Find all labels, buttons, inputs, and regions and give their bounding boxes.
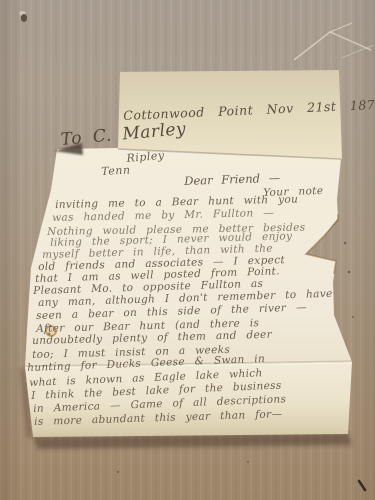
recipient-state: Tenn: [101, 163, 131, 178]
photo-letter-on-cardboard: Cottonwood Point Nov 21st 1872 To C. Mar…: [0, 0, 375, 500]
recipient-city: Ripley: [126, 149, 165, 165]
handwriting-layer: Cottonwood Point Nov 21st 1872 To C. Mar…: [0, 0, 375, 500]
salutation: Dear Friend —: [184, 171, 280, 188]
letter-heading: Cottonwood Point Nov 21st 1872: [123, 97, 375, 123]
recipient-name: To C. Marley: [60, 119, 187, 150]
